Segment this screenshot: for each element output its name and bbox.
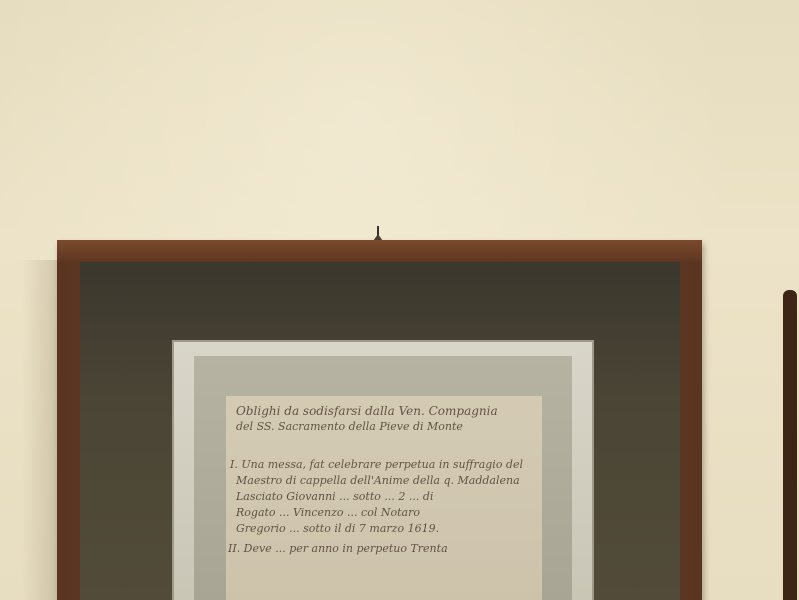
manuscript-page: Oblighi da sodisfarsi dalla Ven. Compagn… — [226, 396, 542, 600]
frame-top-rail — [57, 240, 702, 262]
manuscript-line: Lasciato Giovanni ... sotto ... 2 ... di — [236, 490, 433, 503]
manuscript-line: Rogato ... Vincenzo ... col Notaro — [236, 506, 420, 519]
manuscript-title-line-1: Oblighi da sodisfarsi dalla Ven. Compagn… — [236, 404, 498, 418]
adjacent-frame-edge — [783, 290, 797, 600]
manuscript-line: Maestro di cappella dell'Anime della q. … — [236, 474, 520, 487]
manuscript-line: Gregorio ... sotto il di 7 marzo 1619. — [236, 522, 439, 535]
manuscript-line: II. Deve ... per anno in perpetuo Trenta — [228, 542, 448, 555]
wall-shadow — [22, 260, 62, 600]
manuscript-line: I. Una messa, fat celebrare perpetua in … — [230, 458, 523, 471]
inner-frame: Oblighi da sodisfarsi dalla Ven. Compagn… — [172, 340, 594, 600]
manuscript-title-line-2: del SS. Sacramento della Pieve di Monte — [236, 420, 463, 433]
